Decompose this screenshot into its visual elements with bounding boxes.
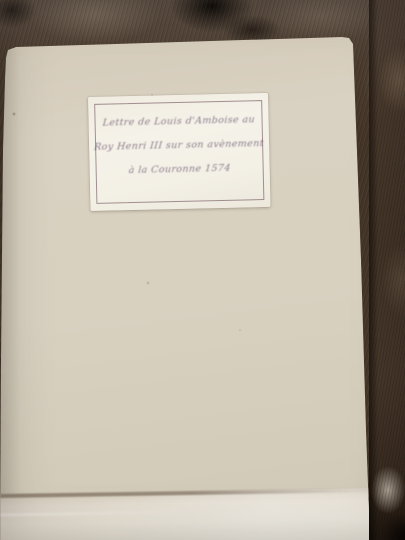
fold-crease-line: [0, 488, 372, 498]
handwritten-title-line-2: Roy Henri III sur son avènement: [94, 138, 265, 153]
manuscript-cover: Lettre de Louis d'Amboise au Roy Henri I…: [0, 0, 405, 540]
handwritten-title-line-3: à la Couronne 1574: [128, 163, 231, 176]
page-edge-strip: [0, 488, 373, 540]
label-ruled-border: Lettre de Louis d'Amboise au Roy Henri I…: [94, 100, 264, 204]
title-label: Lettre de Louis d'Amboise au Roy Henri I…: [88, 93, 271, 211]
photograph: Lettre de Louis d'Amboise au Roy Henri I…: [0, 0, 405, 540]
fabric-right-edge: [369, 0, 405, 540]
fold-highlight: [0, 511, 205, 516]
handwritten-title-line-1: Lettre de Louis d'Amboise au: [102, 114, 255, 128]
